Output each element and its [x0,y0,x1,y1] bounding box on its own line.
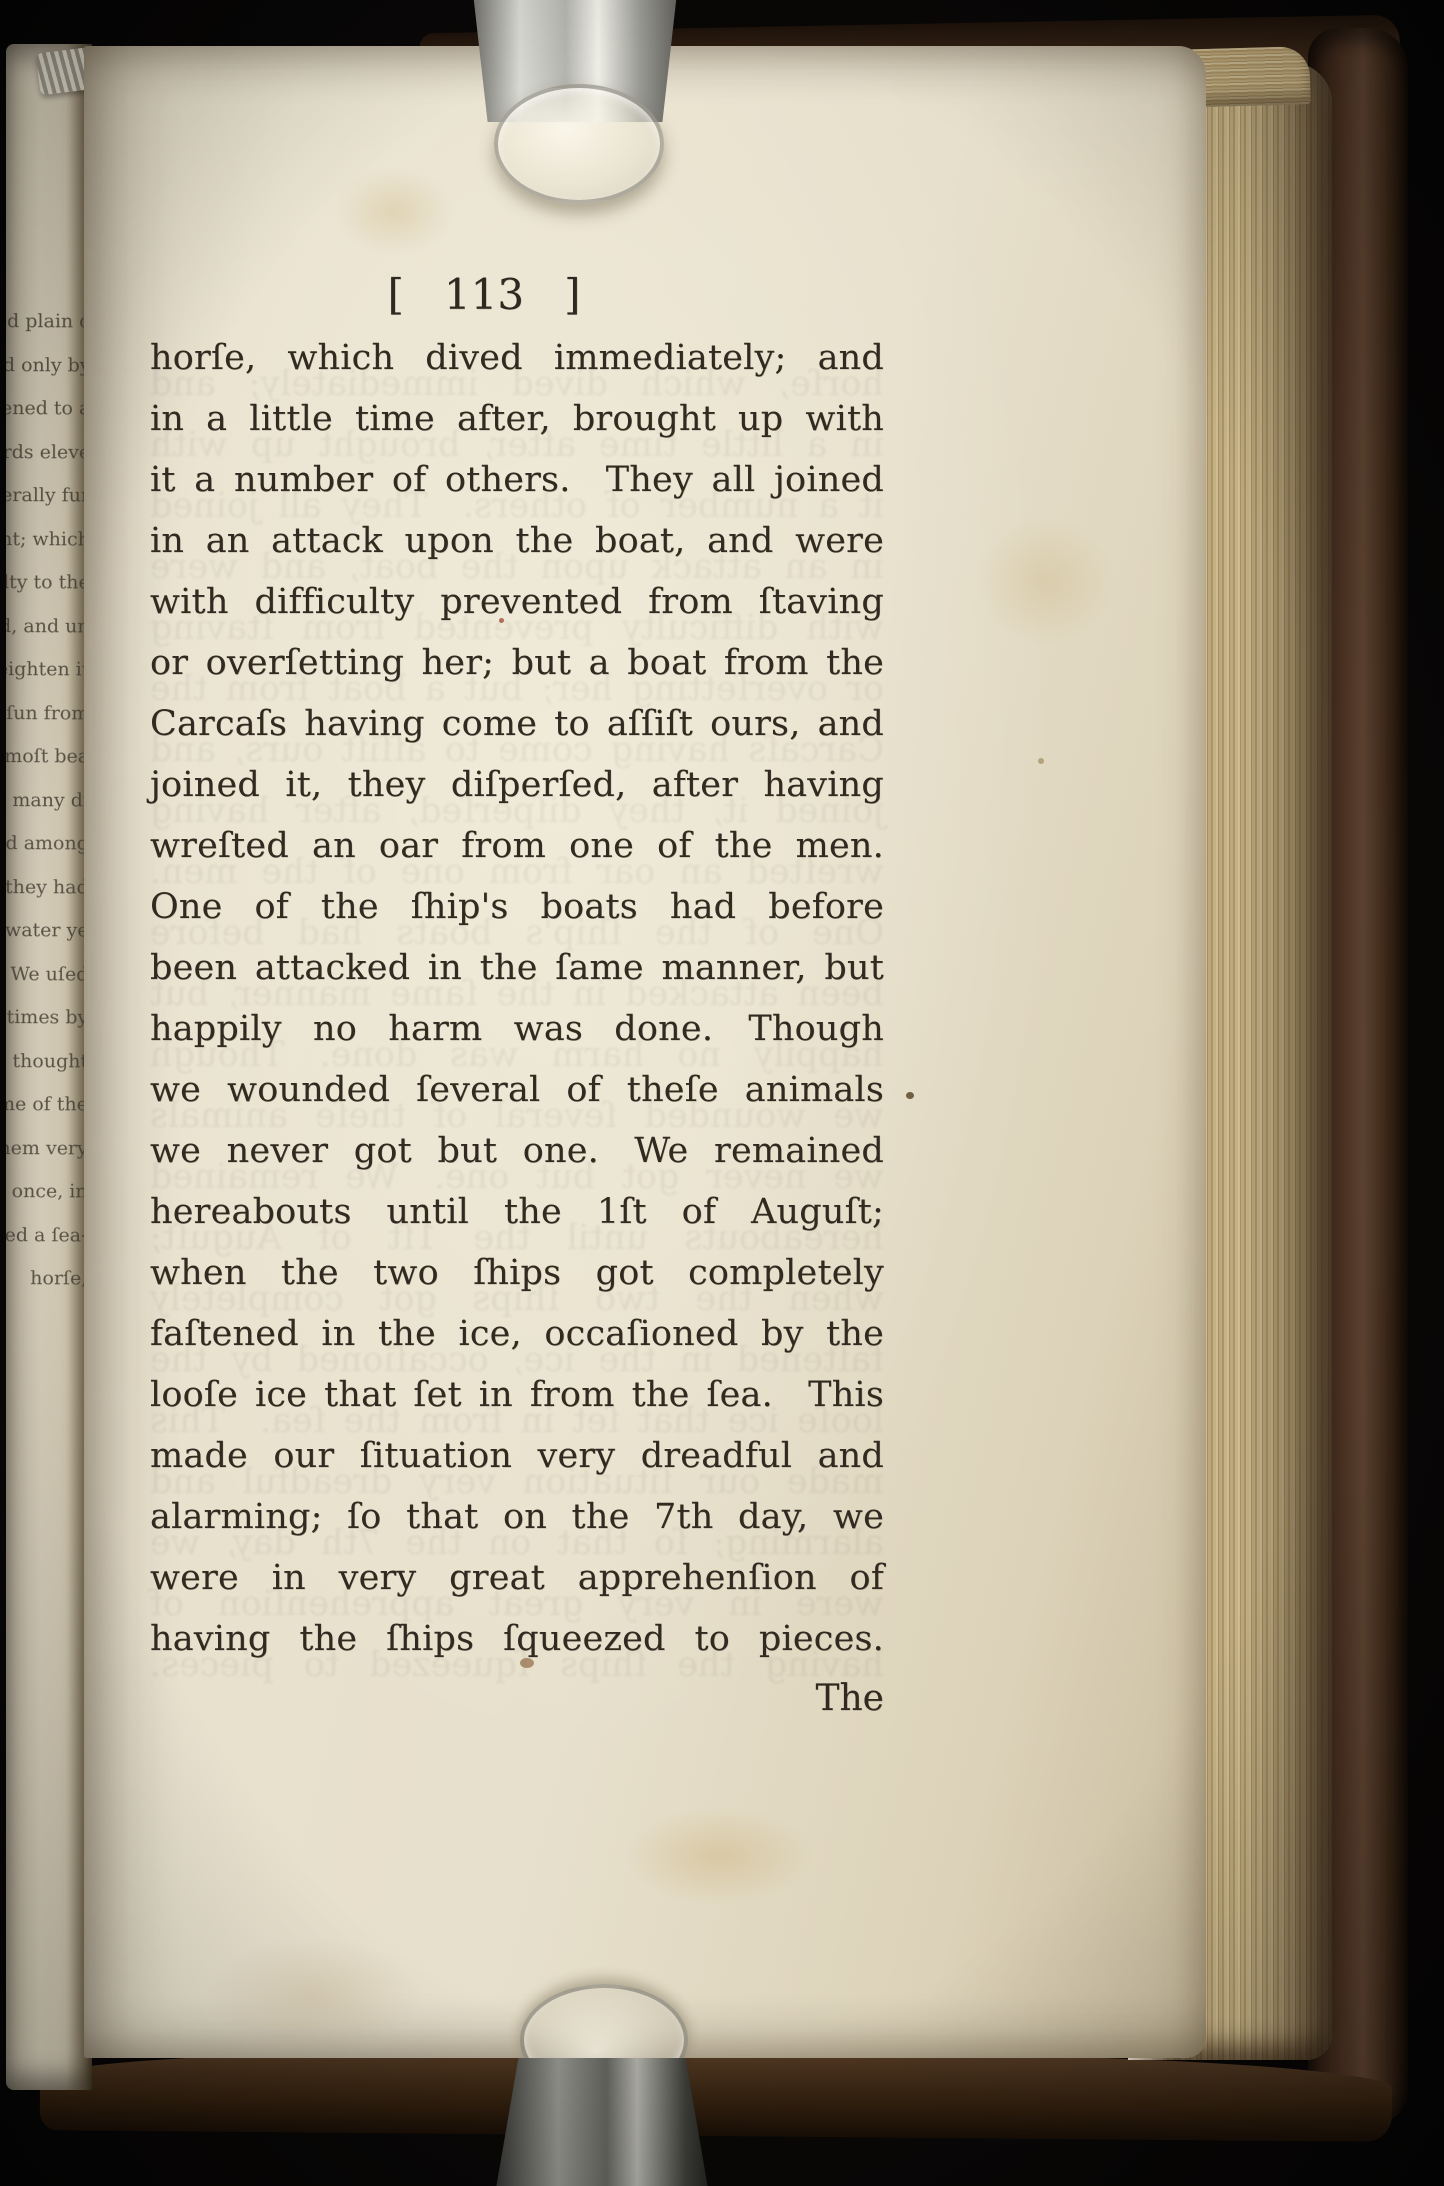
facing-page-text-fragment: le once, in [6,1170,88,1214]
book-cover-bottom-edge [40,2046,1393,2142]
page-number: 113 [444,270,524,319]
page-weight-clip-bottom [492,1984,712,2186]
facing-page-text-fragment: yards eleve [6,430,90,474]
facing-page-text-fragment: ght; which [6,517,90,561]
facing-page-text-fragment: ed many di [6,778,89,822]
text-line: it a number of others. They all joined [150,450,884,511]
facing-page-text-fragment: nd, and un [6,604,90,648]
text-line: horſe, which dived immediately; and [150,328,884,389]
paper-speck [906,1092,914,1099]
clip-metal-band [492,2058,712,2186]
header-close-bracket: ] [564,270,580,319]
text-line: when the two ſhips got completely [150,1243,884,1304]
facing-page-text-fragment: ome of the [6,1083,88,1127]
facing-page-edge: ed plain oled only bytened to ayards ele… [6,44,92,2090]
facing-page-text-fragment: tened to a [6,387,90,431]
text-line: having the ſhips ſqueezed to pieces. [150,1609,884,1670]
facing-page-text-fragment: , and among [6,822,89,866]
text-line: One of the ſhip's boats had before [150,877,884,938]
text-line: in a little time after, brought up with [150,389,884,450]
catchword: The [150,1678,884,1719]
text-line: joined it, they diſperſed, after having [150,755,884,816]
text-line: were in very great apprehenſion of [150,1548,884,1609]
facing-page-text-fragment: ed plain o [6,300,91,344]
text-line: alarming; ſo that on the 7th day, we [150,1487,884,1548]
paper-stain [624,1806,814,1906]
facing-page-text-fragment: horſe, [6,1257,87,1301]
text-line: happily no harm was done. Though [150,999,884,1060]
facing-page-text-fragment: heighten it [6,648,90,692]
facing-page-text-fragment: led only by [6,343,91,387]
facing-page-text-fragment: velty to the [6,561,90,605]
text-line: hereabouts until the 1ſt of Auguſt; [150,1182,884,1243]
book-photo: ed plain oled only bytened to ayards ele… [0,0,1444,2186]
book-page: horſe, which dived immediately; andin a … [84,46,1206,2058]
paper-stain [334,166,454,256]
facing-page-text-fragment: metimes by [6,996,88,1040]
text-line: looſe ice that ſet in from the ſea. This [150,1365,884,1426]
text-line: faſtened in the ice, occaſioned by the [150,1304,884,1365]
text-line: with difficulty prevented from ſtaving [150,572,884,633]
text-line: Carcaſs having come to aſſiſt ours, and [150,694,884,755]
text-line: or overſetting her; but a boat from the [150,633,884,694]
text-line: been attacked in the ſame manner, but [150,938,884,999]
page-number-header: [ 113 ] [384,264,584,324]
facing-page-text-fragment: We uſed [6,952,88,996]
text-line: we never got but one. We remained [150,1121,884,1182]
page-text: horſe, which dived immediately; andin a … [150,328,884,1670]
text-line: we wounded ſeveral of theſe animals [150,1060,884,1121]
facing-page-text-fragment: them very [6,1126,88,1170]
clip-rounded-tip [494,84,664,204]
text-line: made our ſituation very dreadful and [150,1426,884,1487]
page-weight-clip-top [460,0,690,200]
paper-stain [204,1936,424,2056]
facing-page-text-fragments: ed plain oled only bytened to ayards ele… [6,300,91,1301]
facing-page-text-fragment: I thought [6,1039,88,1083]
facing-page-text-fragment: nerally fur [6,474,90,518]
facing-page-text-fragment: ut water ye [6,909,89,953]
facing-page-text-fragment: gh they had [6,865,89,909]
paper-stain [976,516,1116,646]
facing-page-text-fragment: the ſun from [6,691,89,735]
text-line: wreſted an oar from one of the men. [150,816,884,877]
facing-page-text-fragment: ded a ſea- [6,1213,88,1257]
header-open-bracket: [ [388,270,404,319]
text-line: in an attack upon the boat, and were [150,511,884,572]
facing-page-text-fragment: moſt bea [6,735,89,779]
paper-speck [1038,758,1044,764]
